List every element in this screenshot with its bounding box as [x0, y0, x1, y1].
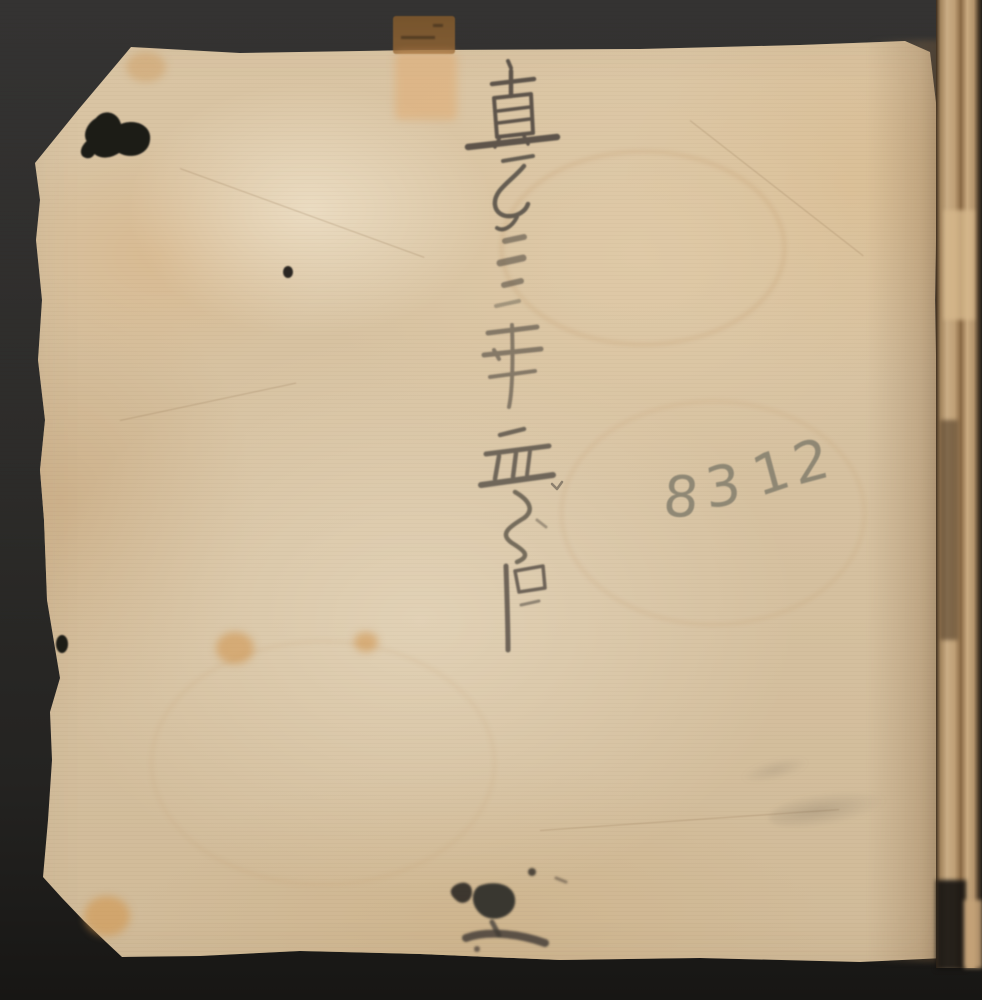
page-fold-shadow — [868, 40, 944, 962]
catalog-digit: 3 — [701, 451, 748, 523]
orange-stain — [84, 896, 130, 936]
spine-highlight — [944, 210, 974, 320]
spine-crease-dark — [940, 420, 958, 640]
spine-bottom-shadow — [936, 880, 966, 970]
spine-edge-strip — [936, 0, 982, 968]
collection-stamp-icon — [393, 16, 455, 54]
spine-bottom-tab — [964, 900, 982, 968]
stamp-bleed-stain — [395, 52, 457, 120]
photo-background: 8 3 1 2 — [0, 0, 982, 1000]
orange-stain — [126, 52, 166, 82]
orange-stain — [354, 632, 378, 652]
orange-stain — [216, 632, 254, 664]
water-stain-ring — [150, 640, 496, 886]
catalog-digit: 8 — [661, 465, 706, 531]
water-stain-ring — [500, 150, 786, 346]
